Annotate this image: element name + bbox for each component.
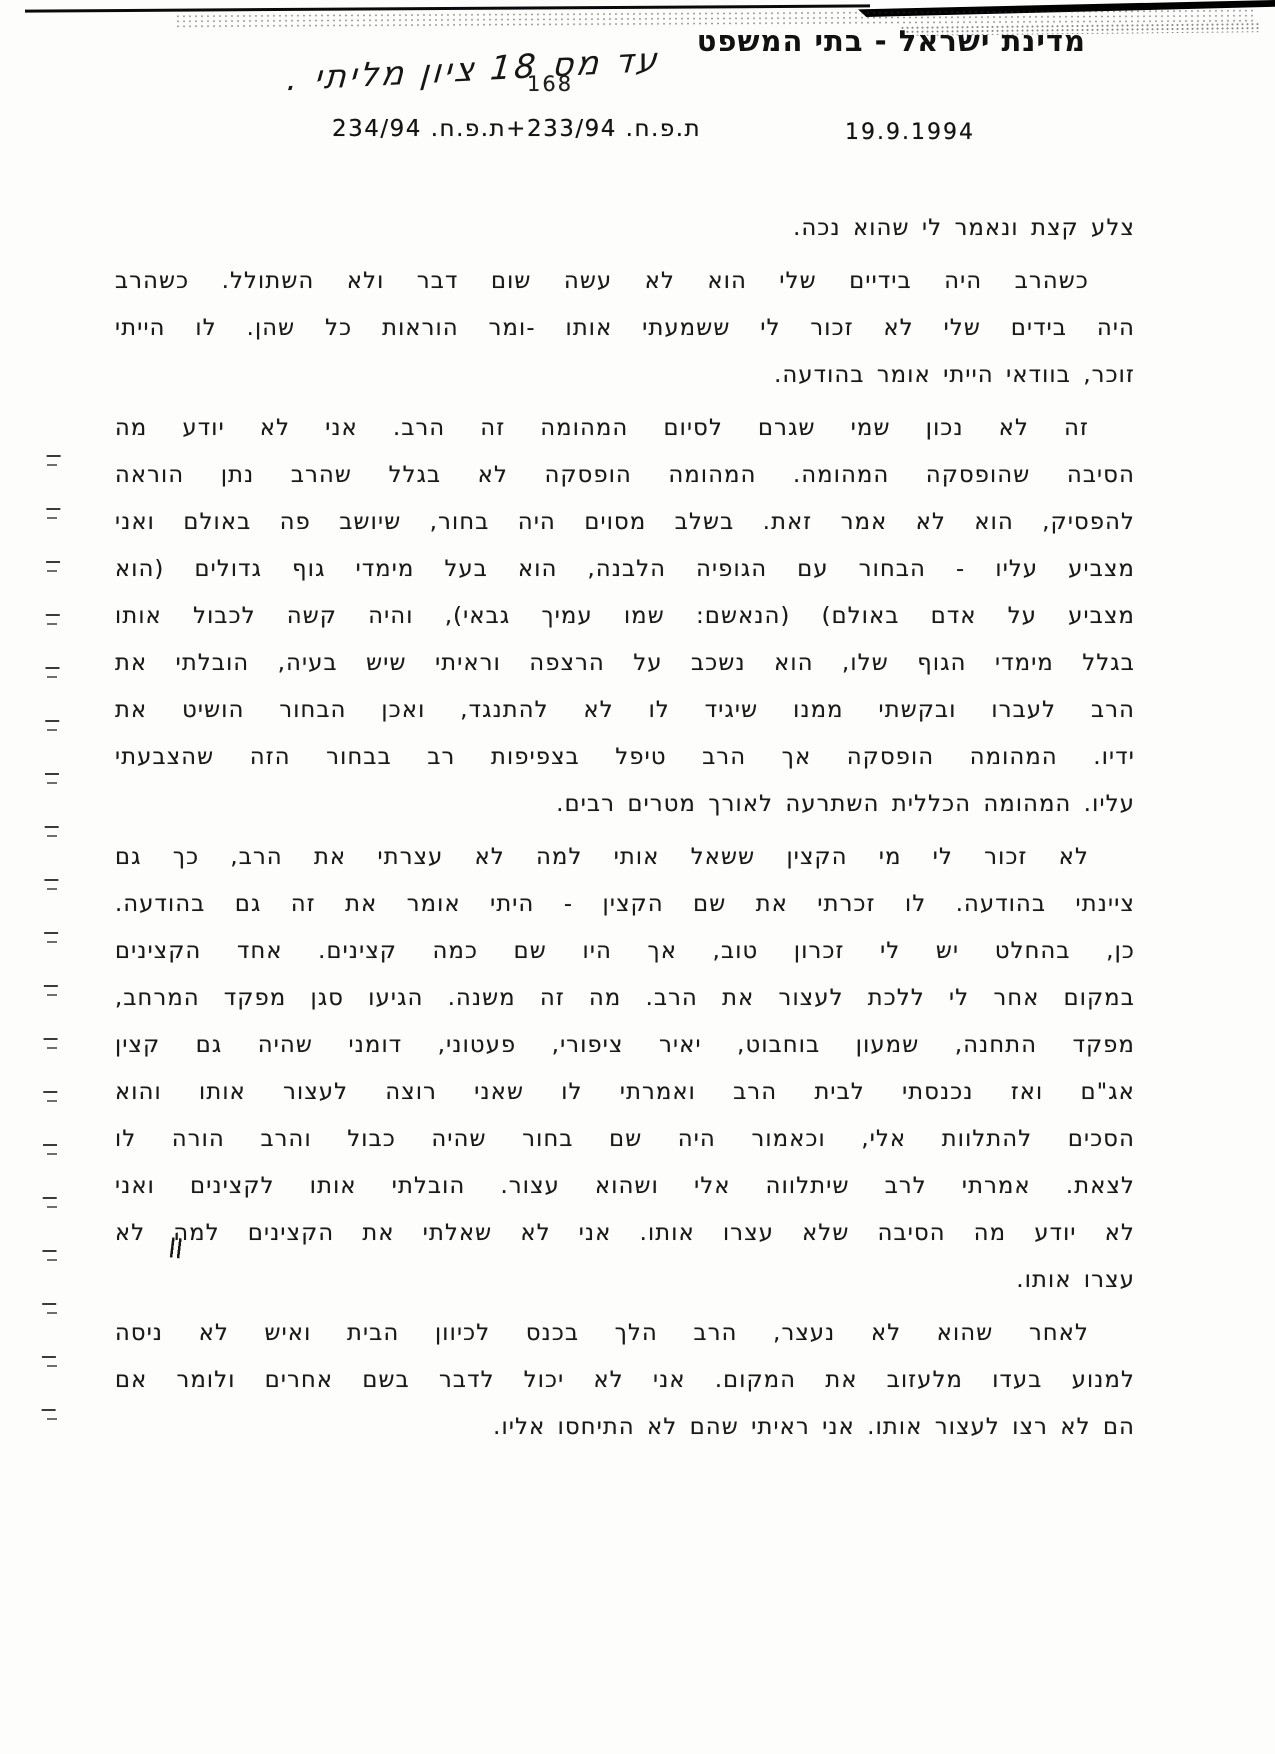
testimony-line: לאחר שהוא לא נעצר, הרב הלך בכנס לכיוון ה… [115, 1310, 1135, 1357]
testimony-line: הסיבה שהופסקה המהומה. המהומה הופסקה לא ב… [115, 452, 1135, 499]
testimony-line: כשהרב היה בידיים שלי הוא לא עשה שום דבר … [115, 258, 1135, 305]
hearing-date: 19.9.1994 [845, 120, 975, 145]
testimony-line: צלע קצת ונאמר לי שהוא נכה. [115, 205, 1135, 252]
testimony-line: אג"ם ואז נכנסתי לבית הרב ואמרתי לו שאני … [115, 1069, 1135, 1116]
testimony-line: בגלל מימדי הגוף שלו, הוא נשכב על הרצפה ו… [115, 640, 1135, 687]
testimony-line: הרב לעברו ובקשתי ממנו שיגיד לו לא להתנגד… [115, 687, 1135, 734]
testimony-paragraph-1: צלע קצת ונאמר לי שהוא נכה. [115, 205, 1135, 252]
scanned-court-document-page: מדינת ישראל - בתי המשפט עד מס 18 ציון מל… [0, 0, 1275, 1754]
testimony-paragraph-4: לא זכור לי מי הקצין ששאל אותי למה לא עצר… [115, 834, 1135, 1304]
testimony-line: הם לא רצו לעצור אותו. אני ראיתי שהם לא ה… [115, 1404, 1135, 1451]
testimony-line: למנוע בעדו מלעזוב את המקום. אני לא יכול … [115, 1357, 1135, 1404]
testimony-line: במקום אחר לי ללכת לעצור את הרב. מה זה מש… [115, 975, 1135, 1022]
case-numbers: ת.פ.ח. 233/94+ת.פ.ח. 234/94 [332, 116, 701, 142]
testimony-line: לא זכור לי מי הקצין ששאל אותי למה לא עצר… [115, 834, 1135, 881]
testimony-line: זוכר, בוודאי הייתי אומר בהודעה. [115, 352, 1135, 399]
handwritten-witness-annotation: עד מס 18 ציון מליתי . [189, 40, 662, 104]
testimony-body: צלע קצת ונאמר לי שהוא נכה. כשהרב היה ביד… [115, 205, 1135, 1457]
testimony-line: הסכים להתלוות אלי, וכאמור היה שם בחור שה… [115, 1116, 1135, 1163]
testimony-line: עצרו אותו. [115, 1257, 1135, 1304]
left-margin-tick-marks-secondary [47, 464, 57, 1464]
testimony-line: מפקד התחנה, שמעון בוחבוט, יאיר ציפורי, פ… [115, 1022, 1135, 1069]
testimony-line: עליו. המהומה הכללית השתרעה לאורך מטרים ר… [115, 781, 1135, 828]
page-number: 168 [527, 72, 573, 96]
testimony-line: לצאת. אמרתי לרב שיתלווה אלי ושהוא עצור. … [115, 1163, 1135, 1210]
testimony-line: ידיו. המהומה הופסקה אך הרב טיפל בצפיפות … [115, 734, 1135, 781]
court-header-title: מדינת ישראל - בתי המשפט [638, 24, 1086, 58]
testimony-line: מצביע עליו - הבחור עם הגופיה הלבנה, הוא … [115, 546, 1135, 593]
testimony-line: כן, בהחלט יש לי זכרון טוב, אך היו שם כמה… [115, 928, 1135, 975]
testimony-line: היה בידים שלי לא זכור לי ששמעתי אותו -ומ… [115, 305, 1135, 352]
testimony-paragraph-5: לאחר שהוא לא נעצר, הרב הלך בכנס לכיוון ה… [115, 1310, 1135, 1451]
testimony-line: מצביע על אדם באולם) (הנאשם: שמו עמיך גבא… [115, 593, 1135, 640]
testimony-paragraph-2: כשהרב היה בידיים שלי הוא לא עשה שום דבר … [115, 258, 1135, 399]
testimony-line: להפסיק, הוא לא אמר זאת. בשלב מסוים היה ב… [115, 499, 1135, 546]
testimony-line: זה לא נכון שמי שגרם לסיום המהומה זה הרב.… [115, 405, 1135, 452]
testimony-line: לא יודע מה הסיבה שלא עצרו אותו. אני לא ש… [115, 1210, 1135, 1257]
testimony-line: ציינתי בהודעה. לו זכרתי את שם הקצין - הי… [115, 881, 1135, 928]
testimony-paragraph-3: זה לא נכון שמי שגרם לסיום המהומה זה הרב.… [115, 405, 1135, 828]
